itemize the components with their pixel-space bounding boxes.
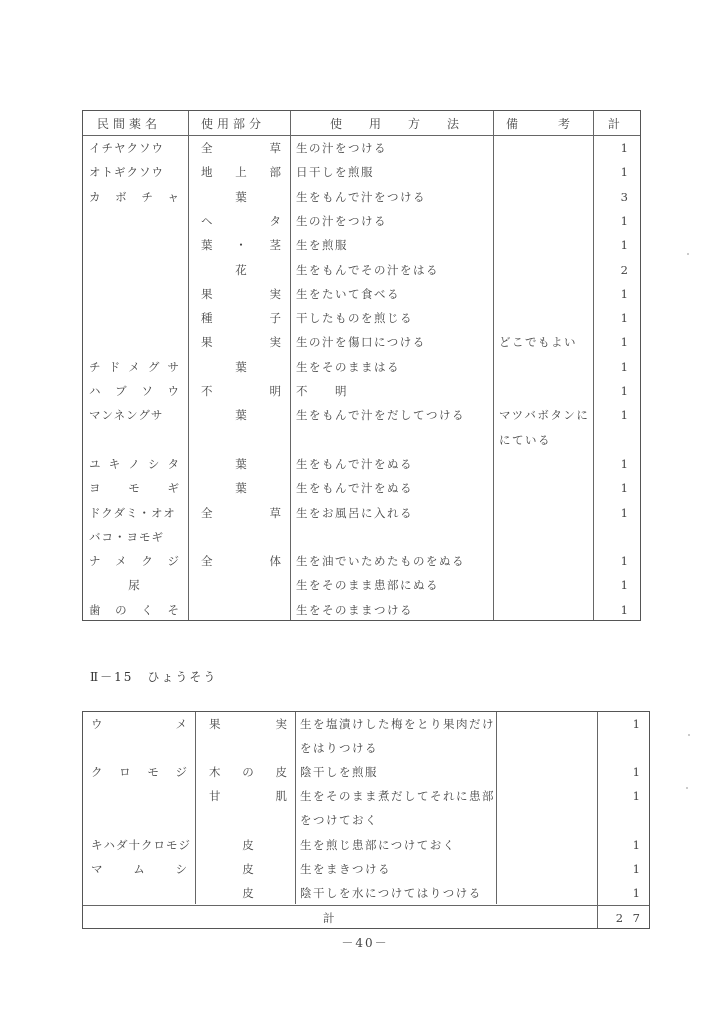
cell-method: をはりつける xyxy=(300,736,495,760)
cell-note xyxy=(501,784,593,808)
cell-note xyxy=(499,573,591,597)
cell-name: ナメクジ xyxy=(89,549,179,573)
cell-count: 1 xyxy=(598,549,628,573)
glyph: モ xyxy=(147,760,159,784)
cell-note xyxy=(501,808,593,832)
glyph: ノ xyxy=(128,452,140,476)
column-divider xyxy=(493,111,494,620)
cell-note xyxy=(501,736,593,760)
glyph: ソ xyxy=(141,379,153,403)
cell-part: 葉 xyxy=(201,403,281,427)
cell-part: 全草 xyxy=(201,501,281,525)
cell-note xyxy=(499,355,591,379)
glyph: ク xyxy=(141,549,153,573)
cell-part: 葉 xyxy=(201,476,281,500)
glyph: タ xyxy=(270,209,282,233)
cell-method: 干したものを煎じる xyxy=(296,306,491,330)
cell-part: 木の皮 xyxy=(209,760,287,784)
cell-part xyxy=(209,736,287,760)
glyph: 実 xyxy=(270,282,282,306)
cell-name xyxy=(89,428,179,452)
cell-method: 生をもんで汁をぬる xyxy=(296,476,491,500)
cell-note xyxy=(499,306,591,330)
glyph: 体 xyxy=(270,549,282,573)
cell-count: 1 xyxy=(598,136,628,160)
cell-part: 地上部 xyxy=(201,160,281,184)
cell-count: 3 xyxy=(598,185,628,209)
cell-count: 1 xyxy=(598,598,628,622)
header-part: 使用部分 xyxy=(201,112,281,136)
cell-note xyxy=(501,857,593,881)
glyph: ブ xyxy=(115,379,127,403)
cell-count: 1 xyxy=(598,355,628,379)
glyph: ジ xyxy=(167,549,179,573)
glyph: ド xyxy=(109,355,121,379)
glyph: メ xyxy=(128,355,140,379)
cell-method: 生をそのままつける xyxy=(296,598,491,622)
glyph: ユ xyxy=(89,452,101,476)
cell-method: 生をお風呂に入れる xyxy=(296,501,491,525)
glyph: 木 xyxy=(209,760,221,784)
glyph: シ xyxy=(148,452,160,476)
cell-part: 皮 xyxy=(209,857,287,881)
glyph: そ xyxy=(167,598,179,622)
cell-part: 果実 xyxy=(201,282,281,306)
column-divider xyxy=(295,712,296,904)
cell-count: 2 xyxy=(598,258,628,282)
header-name-text: 民間薬名 xyxy=(97,112,161,136)
glyph: 実 xyxy=(270,330,282,354)
section-title: Ⅱ－15 ひょうそう xyxy=(90,668,217,685)
cell-name xyxy=(91,784,187,808)
cell-name: キハダ十クロモジ xyxy=(91,833,187,857)
cell-name: ヨモギ xyxy=(89,476,179,500)
cell-part: 皮 xyxy=(209,881,287,905)
cell-method: 不 明 xyxy=(296,379,491,403)
glyph: 部 xyxy=(270,160,282,184)
cell-part xyxy=(201,598,281,622)
cell-count: 1 xyxy=(598,306,628,330)
cell-name xyxy=(91,808,187,832)
cell-name: マンネングサ xyxy=(89,403,179,427)
cell-method: 生をそのままはる xyxy=(296,355,491,379)
glyph: 果 xyxy=(201,282,213,306)
cell-count: 1 xyxy=(598,476,628,500)
glyph: の xyxy=(115,598,127,622)
glyph: ボ xyxy=(115,185,127,209)
cell-note xyxy=(499,476,591,500)
cell-note xyxy=(499,598,591,622)
cell-note xyxy=(501,760,593,784)
cell-name xyxy=(91,881,187,905)
cell-method: 陰干しを水につけてはりつける xyxy=(300,881,495,905)
total-divider xyxy=(83,905,649,906)
cell-name xyxy=(89,209,179,233)
cell-count: 1 xyxy=(605,712,640,736)
glyph: マ xyxy=(91,857,103,881)
cell-method: 生を塩漬けした梅をとり果肉だけ xyxy=(300,712,495,736)
herbal-remedy-table: 民間薬名 使用部分 使用方法 備考 計 イチヤクソウ全草生の汁をつける1オトギク… xyxy=(82,110,641,621)
glyph: く xyxy=(141,598,153,622)
cell-name: チドメグサ xyxy=(89,355,179,379)
cell-part: 花 xyxy=(201,258,281,282)
cell-name: 歯のくそ xyxy=(89,598,179,622)
cell-note xyxy=(499,258,591,282)
cell-method: 陰干しを煎服 xyxy=(300,760,495,784)
cell-name: ドクダミ・オオ xyxy=(89,501,179,525)
total-label-text: 計 xyxy=(323,911,335,925)
cell-method: 生の汁をつける xyxy=(296,136,491,160)
header-name: 民間薬名 xyxy=(97,112,177,136)
column-divider xyxy=(597,712,598,928)
cell-note xyxy=(501,881,593,905)
cell-note xyxy=(499,379,591,403)
column-divider xyxy=(593,111,594,620)
cell-name: ハブソウ xyxy=(89,379,179,403)
header-count: 計 xyxy=(608,112,638,136)
glyph: メ xyxy=(176,712,188,736)
scan-speck xyxy=(686,787,688,789)
cell-count: 1 xyxy=(598,379,628,403)
glyph: 皮 xyxy=(276,760,288,784)
cell-name xyxy=(89,258,179,282)
glyph: 全 xyxy=(201,136,213,160)
cell-part: 葉 xyxy=(201,185,281,209)
glyph: 甘 xyxy=(209,784,221,808)
glyph: 果 xyxy=(209,712,221,736)
glyph: 明 xyxy=(270,379,282,403)
column-divider xyxy=(496,712,497,904)
cell-part: 果実 xyxy=(209,712,287,736)
glyph: ジ xyxy=(175,760,187,784)
column-divider xyxy=(195,712,196,904)
cell-count: 1 xyxy=(598,452,628,476)
cell-note xyxy=(499,209,591,233)
cell-method: 生をもんで汁をだしてつける xyxy=(296,403,491,427)
glyph: チ xyxy=(89,355,101,379)
glyph: ウ xyxy=(167,379,179,403)
cell-name xyxy=(89,330,179,354)
glyph: ・ xyxy=(235,233,247,257)
cell-name: バコ・ヨモギ xyxy=(89,525,179,549)
cell-method: 生をまきつける xyxy=(300,857,495,881)
cell-method: 日干しを煎服 xyxy=(296,160,491,184)
cell-note xyxy=(499,160,591,184)
cell-note xyxy=(499,452,591,476)
cell-name: 尿 xyxy=(89,573,179,597)
total-value: 2 7 xyxy=(603,906,643,930)
cell-count: 1 xyxy=(605,784,640,808)
cell-count: 1 xyxy=(598,403,628,427)
cell-name xyxy=(89,306,179,330)
glyph: 草 xyxy=(270,136,282,160)
cell-name xyxy=(89,233,179,257)
header-note: 備考 xyxy=(506,112,586,136)
cell-part xyxy=(201,573,281,597)
glyph: ウ xyxy=(91,712,103,736)
cell-count xyxy=(598,428,628,452)
cell-name: ユキノシタ xyxy=(89,452,179,476)
cell-note xyxy=(499,185,591,209)
cell-part: 葉 xyxy=(201,355,281,379)
cell-method: 生をそのまま煮だしてそれに患部 xyxy=(300,784,495,808)
glyph: 実 xyxy=(276,712,288,736)
cell-note xyxy=(499,501,591,525)
cell-name: マムシ xyxy=(91,857,187,881)
cell-note: マツバボタンに xyxy=(499,403,591,427)
glyph: ム xyxy=(133,857,145,881)
glyph: ロ xyxy=(119,760,131,784)
cell-method: 生をもんでその汁をはる xyxy=(296,258,491,282)
cell-method: 生を煎じ患部につけておく xyxy=(300,833,495,857)
glyph: ヨ xyxy=(89,476,101,500)
glyph: タ xyxy=(168,452,180,476)
header-method: 使用方法 xyxy=(330,112,460,136)
total-value-text: 2 7 xyxy=(616,911,643,925)
glyph: ギ xyxy=(168,476,180,500)
glyph: ナ xyxy=(89,549,101,573)
cell-note: どこでもよい xyxy=(499,330,591,354)
cell-count: 1 xyxy=(605,833,640,857)
cell-method: 生をたいて食べる xyxy=(296,282,491,306)
scan-speck xyxy=(688,734,690,736)
cell-method: 生の汁を傷口につける xyxy=(296,330,491,354)
header-part-text: 使用部分 xyxy=(201,112,265,136)
cell-part: 果実 xyxy=(201,330,281,354)
glyph: チ xyxy=(141,185,153,209)
cell-count: 1 xyxy=(598,501,628,525)
cell-part: 全草 xyxy=(201,136,281,160)
glyph: ャ xyxy=(167,185,179,209)
whitlow-remedy-table: ウメ果実生を塩漬けした梅をとり果肉だけ1をはりつけるクロモジ木の皮陰干しを煎服1… xyxy=(82,711,650,929)
cell-count xyxy=(605,736,640,760)
cell-method xyxy=(296,428,491,452)
header-note-text: 備考 xyxy=(506,117,610,131)
glyph: キ xyxy=(109,452,121,476)
glyph: 全 xyxy=(201,549,213,573)
cell-note xyxy=(501,712,593,736)
cell-method: 生を油でいためたものをぬる xyxy=(296,549,491,573)
cell-name: オトギクソウ xyxy=(89,160,179,184)
cell-method: 生を煎服 xyxy=(296,233,491,257)
cell-part: 全体 xyxy=(201,549,281,573)
cell-note: にている xyxy=(499,428,591,452)
cell-part: 不明 xyxy=(201,379,281,403)
glyph: メ xyxy=(115,549,127,573)
glyph: の xyxy=(242,760,254,784)
cell-name xyxy=(89,282,179,306)
cell-count: 1 xyxy=(598,330,628,354)
column-divider xyxy=(290,111,291,620)
cell-count: 1 xyxy=(598,209,628,233)
glyph: 子 xyxy=(270,306,282,330)
glyph: 不 xyxy=(201,379,213,403)
cell-note xyxy=(499,525,591,549)
total-label: 計 xyxy=(323,906,363,930)
cell-count: 1 xyxy=(605,760,640,784)
cell-note xyxy=(499,549,591,573)
cell-method: 生の汁をつける xyxy=(296,209,491,233)
glyph: 肌 xyxy=(276,784,288,808)
column-divider xyxy=(188,111,189,620)
cell-count xyxy=(605,808,640,832)
glyph: ヘ xyxy=(201,209,213,233)
cell-method: をつけておく xyxy=(300,808,495,832)
cell-part: ヘタ xyxy=(201,209,281,233)
cell-part: 種子 xyxy=(201,306,281,330)
cell-note xyxy=(499,282,591,306)
cell-note xyxy=(499,233,591,257)
glyph: グ xyxy=(148,355,160,379)
cell-count: 1 xyxy=(598,160,628,184)
cell-note xyxy=(499,136,591,160)
cell-name: イチヤクソウ xyxy=(89,136,179,160)
glyph: カ xyxy=(89,185,101,209)
cell-note xyxy=(501,833,593,857)
cell-method xyxy=(296,525,491,549)
glyph: 葉 xyxy=(201,233,213,257)
cell-count: 1 xyxy=(598,573,628,597)
glyph: サ xyxy=(168,355,180,379)
page-number: －40－ xyxy=(0,934,725,951)
glyph: ハ xyxy=(89,379,101,403)
cell-count: 1 xyxy=(605,857,640,881)
cell-method: 生をもんで汁をぬる xyxy=(296,452,491,476)
cell-method: 生をそのまま患部にぬる xyxy=(296,573,491,597)
glyph: シ xyxy=(176,857,188,881)
cell-name: カボチャ xyxy=(89,185,179,209)
glyph: 草 xyxy=(270,501,282,525)
glyph: 茎 xyxy=(270,233,282,257)
cell-count xyxy=(598,525,628,549)
glyph: 歯 xyxy=(89,598,101,622)
cell-name xyxy=(91,736,187,760)
cell-part xyxy=(209,808,287,832)
header-count-text: 計 xyxy=(608,117,620,131)
glyph: モ xyxy=(128,476,140,500)
cell-part: 皮 xyxy=(209,833,287,857)
glyph: 全 xyxy=(201,501,213,525)
cell-part: 葉 xyxy=(201,452,281,476)
cell-part xyxy=(201,428,281,452)
cell-method: 生をもんで汁をつける xyxy=(296,185,491,209)
glyph: 地 xyxy=(201,160,213,184)
glyph: 果 xyxy=(201,330,213,354)
cell-name: クロモジ xyxy=(91,760,187,784)
header-method-text: 使用方法 xyxy=(330,117,486,131)
cell-count: 1 xyxy=(598,233,628,257)
glyph: 種 xyxy=(201,306,213,330)
scan-speck xyxy=(687,253,689,255)
cell-part xyxy=(201,525,281,549)
glyph: ク xyxy=(91,760,103,784)
cell-count: 1 xyxy=(605,881,640,905)
glyph: 上 xyxy=(235,160,247,184)
cell-part: 葉・茎 xyxy=(201,233,281,257)
cell-count: 1 xyxy=(598,282,628,306)
cell-part: 甘肌 xyxy=(209,784,287,808)
cell-name: ウメ xyxy=(91,712,187,736)
